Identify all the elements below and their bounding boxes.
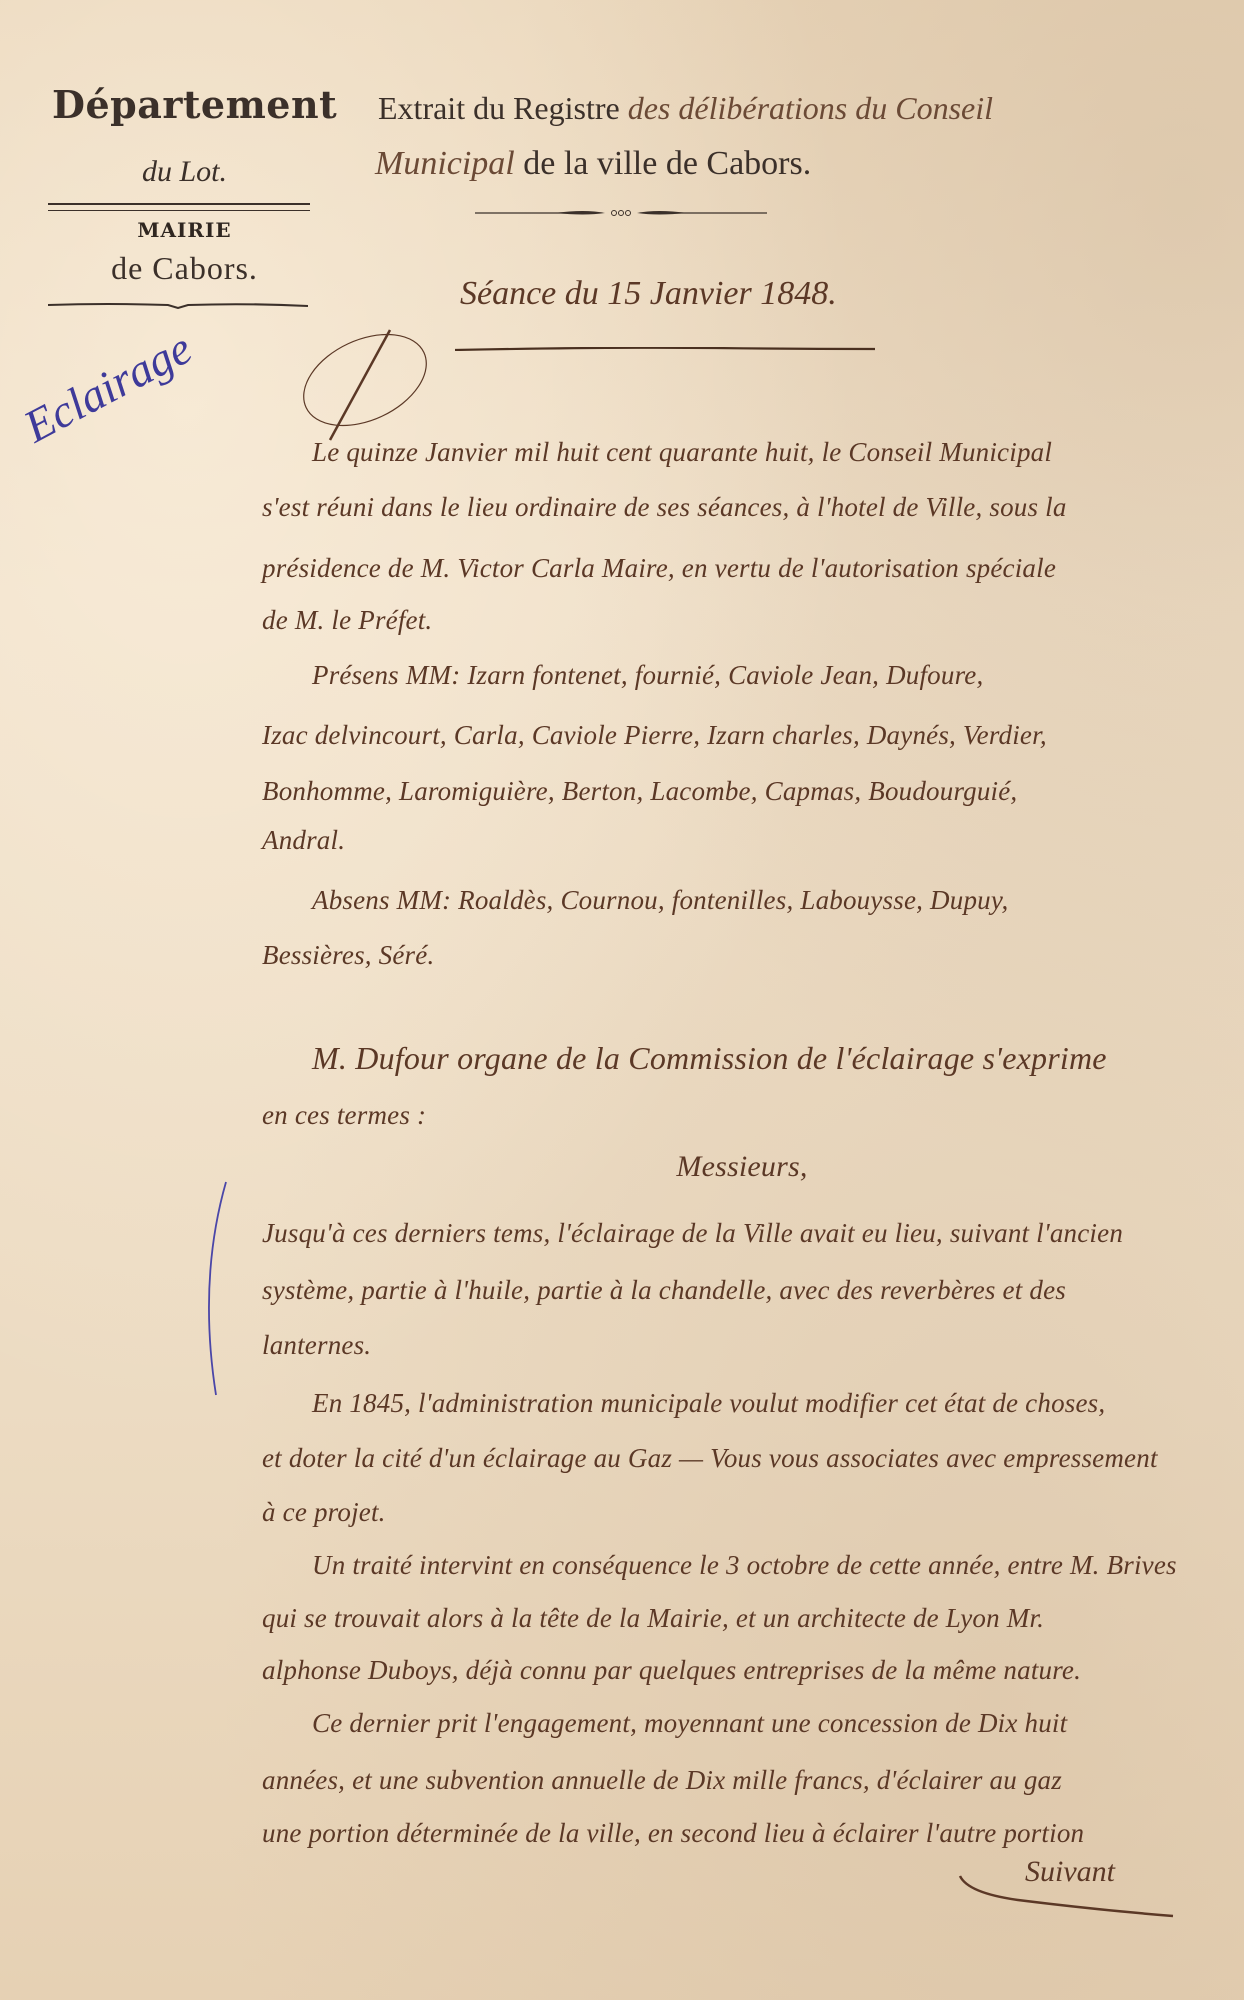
department-heading: Département <box>52 82 317 127</box>
register-title-line-1: Extrait du Registre des délibérations du… <box>378 90 993 127</box>
session-underline <box>455 347 875 351</box>
body-line: En 1845, l'administration municipale vou… <box>262 1388 1244 1419</box>
attendees-present: Andral. <box>262 825 1222 856</box>
body-line: une portion déterminée de la ville, en s… <box>262 1818 1222 1849</box>
body-line: de M. le Préfet. <box>262 605 1222 636</box>
catchword: Suivant <box>1025 1855 1115 1889</box>
body-line: lanternes. <box>262 1330 1222 1361</box>
body-line: Ce dernier prit l'engagement, moyennant … <box>262 1708 1244 1739</box>
salutation: Messieurs, <box>262 1150 1222 1184</box>
attendees-absent: Absens MM: Roaldès, Cournou, fontenilles… <box>262 885 1244 916</box>
attendees-present: Présens MM: Izarn fontenet, fournié, Cav… <box>262 660 1244 691</box>
body-line: système, partie à l'huile, partie à la c… <box>262 1275 1222 1306</box>
register-title-city: de la ville de Cabors. <box>523 145 811 182</box>
register-title-printed: Extrait du Registre <box>378 90 620 126</box>
body-line: Un traité intervint en conséquence le 3 … <box>262 1550 1244 1581</box>
header-swash-rule <box>48 303 308 309</box>
session-date: Séance du 15 Janvier 1848. <box>460 275 837 313</box>
body-line: années, et une subvention annuelle de Di… <box>262 1765 1222 1796</box>
decorative-initial-L <box>290 325 440 445</box>
register-title-line-2: Municipal de la ville de Cabors. <box>375 145 811 183</box>
city-label: de Cabors. <box>52 250 317 287</box>
body-line: à ce projet. <box>262 1497 1222 1528</box>
speaker-intro: M. Dufour organe de la Commission de l'é… <box>262 1040 1244 1077</box>
body-line: s'est réuni dans le lieu ordinaire de se… <box>262 492 1222 523</box>
header-double-rule <box>48 203 310 211</box>
attendees-present: Bonhomme, Laromiguière, Berton, Lacombe,… <box>262 776 1222 807</box>
body-line: en ces termes : <box>262 1100 1222 1131</box>
body-line: qui se trouvait alors à la tête de la Ma… <box>262 1603 1222 1634</box>
register-title-handwritten: des délibérations du Conseil <box>628 90 993 126</box>
margin-bracket-mark <box>196 1180 236 1400</box>
body-line: Jusqu'à ces derniers tems, l'éclairage d… <box>262 1218 1222 1249</box>
body-line: Le quinze Janvier mil huit cent quarante… <box>262 437 1244 468</box>
attendees-present: Izac delvincourt, Carla, Caviole Pierre,… <box>262 720 1222 751</box>
department-subtitle: du Lot. <box>52 155 317 189</box>
mairie-label: MAIRIE <box>52 218 317 242</box>
body-line: alphonse Duboys, déjà connu par quelques… <box>262 1655 1222 1686</box>
body-line: présidence de M. Victor Carla Maire, en … <box>262 553 1222 584</box>
attendees-absent: Bessières, Séré. <box>262 940 1222 971</box>
register-title-municipal: Municipal <box>375 145 515 182</box>
body-line: et doter la cité d'un éclairage au Gaz —… <box>262 1443 1222 1474</box>
margin-note-eclairage: Eclairage <box>15 321 200 453</box>
ornamental-divider <box>475 207 767 219</box>
